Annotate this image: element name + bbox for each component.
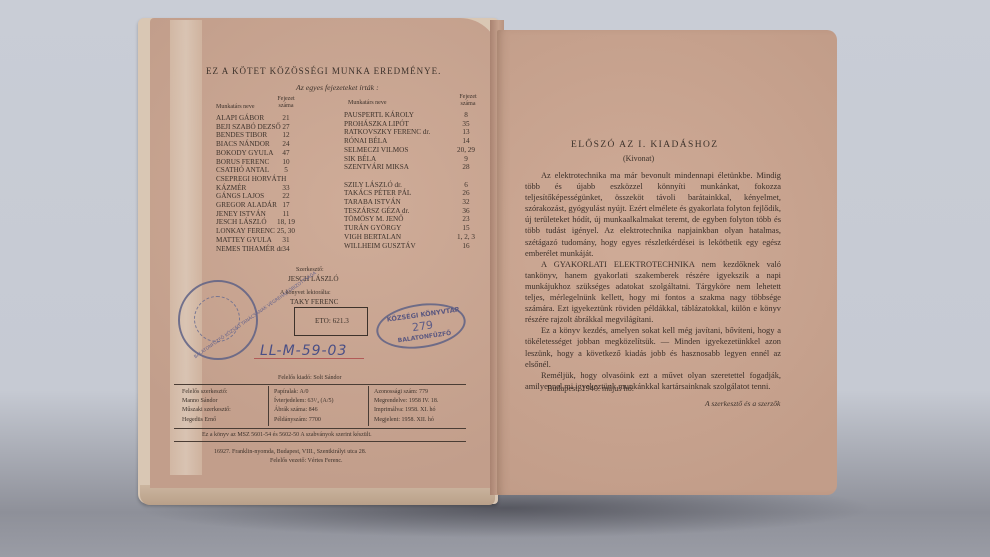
contributor-chapter: 36: [446, 208, 486, 215]
contributor-chapter: 11: [266, 211, 306, 218]
contributor-chapter: 17: [266, 202, 306, 209]
imprint-divider-2: [368, 386, 369, 426]
imprint-cell: Azonossági szám: 779: [374, 389, 428, 395]
eto-box: ETO: 621.3: [294, 307, 368, 336]
preface-paragraph: A GYAKORLATI ELEKTROTECHNIKA nem kezdőkn…: [525, 259, 781, 326]
contributor-chapter: 34: [266, 246, 306, 253]
contributor-chapter: 13: [446, 129, 486, 136]
contributor-name: TAKÁCS PÉTER PÁL: [344, 190, 411, 197]
contributor-name: ALAPI GÁBOR: [216, 115, 264, 122]
contributor-chapter: 21: [266, 115, 306, 122]
contributor-name: SZENTVÁRI MIKSA: [344, 164, 409, 171]
contributor-name: WILLHEIM GUSZTÁV: [344, 243, 416, 250]
contributor-name: RATKOVSZKY FERENC dr.: [344, 129, 430, 136]
imprint-cell: Felelős szerkesztő:: [182, 389, 228, 395]
contributor-chapter: 15: [446, 225, 486, 232]
contributor-chapter: 18, 19: [266, 219, 306, 226]
contributor-name: RÓNAI BÉLA: [344, 138, 387, 145]
imprint-cell: Megrendelve: 1958 IV. 18.: [374, 398, 438, 404]
imprint-cell: Hegedüs Ernő: [182, 417, 216, 423]
contributor-name: SELMECZI VILMOS: [344, 147, 408, 154]
contributor-name: BOKODY GYULA: [216, 150, 273, 157]
library-stamp-bottom: BALATONFŰZFŐ: [397, 331, 451, 344]
contributor-chapter: 22: [266, 193, 306, 200]
imprint-cell: Műszaki szerkesztő:: [182, 407, 231, 413]
eto-label: ETO: 621.3: [315, 318, 349, 325]
contributor-name: CSATHÓ ANTAL: [216, 167, 269, 174]
contributor-chapter: 1, 2, 3: [446, 234, 486, 241]
contributor-name: TARABA ISTVÁN: [344, 199, 401, 206]
contributor-chapter: 12: [266, 132, 306, 139]
contributor-name: CSEPREGI HORVÁTH: [216, 176, 286, 183]
contributor-chapter: 28: [446, 164, 486, 171]
contributor-name: VIGH BERTALAN: [344, 234, 401, 241]
contributor-chapter: 8: [446, 112, 486, 119]
contributor-chapter: 9: [446, 156, 486, 163]
contributor-name: PROHÁSZKA LIPÓT: [344, 121, 409, 128]
contributor-name: SZILY LÁSZLÓ dr.: [344, 182, 402, 189]
contributor-chapter: 47: [266, 150, 306, 157]
left-page-bottom-edge: [140, 485, 495, 505]
imprint-cell: Példányszám: 7700: [274, 417, 321, 423]
left-page-title: EZ A KÖTET KÖZÖSSÉGI MUNKA EREDMÉNYE.: [206, 67, 441, 76]
editor-label: Szerkesztő:: [296, 267, 324, 273]
standards-line: Ez a könyv az MSZ 5601-54 és 5602-50 A s…: [202, 432, 372, 438]
contributor-chapter: 31: [266, 237, 306, 244]
left-page: EZ A KÖTET KÖZÖSSÉGI MUNKA EREDMÉNYE. Az…: [150, 18, 500, 488]
imprint-top-rule: [174, 384, 466, 385]
publisher-line: Felelős kiadó: Solt Sándor: [278, 375, 342, 381]
contributor-name: BIACS NÁNDOR: [216, 141, 270, 148]
contributor-name: PAUSPERTL KÁROLY: [344, 112, 414, 119]
contributor-chapter: 27: [266, 124, 306, 131]
contributor-name: BORUS FERENC: [216, 159, 269, 166]
contributor-name: MATTEY GYULA: [216, 237, 272, 244]
standards-rule: [174, 441, 466, 442]
contributor-chapter: 25, 30: [266, 228, 306, 235]
contributor-name: SIK BÉLA: [344, 156, 376, 163]
preface-paragraph: Az elektrotechnika ma már bevonult minde…: [525, 170, 781, 259]
imprint-bottom-rule: [174, 428, 466, 429]
contributor-chapter: 26: [446, 190, 486, 197]
reviewer-name: TAKY FERENC: [290, 299, 338, 306]
imprint-cell: Papíralak: A/0: [274, 389, 309, 395]
col-header-name-right: Munkatárs neve: [348, 100, 387, 106]
col-header-name-left: Munkatárs neve: [216, 104, 255, 110]
contributor-name: JESCH LÁSZLÓ: [216, 219, 267, 226]
preface-paragraph: Ez a könyv kezdés, amelyen sokat kell mé…: [525, 325, 781, 369]
imprint-cell: Manno Sándor: [182, 398, 218, 404]
preface-title: ELŐSZÓ AZ I. KIADÁSHOZ: [571, 141, 718, 151]
printer-line: 16927. Franklin-nyomda, Budapest, VIII.,…: [214, 449, 366, 455]
contributor-chapter: 24: [266, 141, 306, 148]
contributor-name: KÁZMÉR: [216, 185, 246, 192]
right-page: ELŐSZÓ AZ I. KIADÁSHOZ (Kivonat) Az elek…: [497, 30, 837, 495]
printer-manager: Felelős vezető: Vértes Ferenc.: [270, 458, 343, 464]
col-header-chapter-right: Fejezet száma: [453, 94, 483, 107]
contributor-chapter: 32: [446, 199, 486, 206]
contributor-name: GÁNGS LAJOS: [216, 193, 264, 200]
contributor-chapter: 14: [446, 138, 486, 145]
handwritten-code: LL-M-59-03: [260, 343, 347, 359]
contributor-name: TESZÁRSZ GÉZA dr.: [344, 208, 409, 215]
preface-body: Az elektrotechnika ma már bevonult minde…: [525, 170, 781, 392]
imprint-divider-1: [268, 386, 269, 426]
library-stamp: KÖZSÉGI KÖNYVTÁR 279 BALATONFŰZFŐ: [373, 298, 468, 354]
round-stamp: BALATONFŰZFŐ KÖZSÉG TANÁCSÁNAK VÉGREHAJT…: [178, 280, 258, 360]
contributor-name: JENEY ISTVÁN: [216, 211, 266, 218]
contributor-chapter: 16: [446, 243, 486, 250]
col-header-chapter-left: Fejezet száma: [270, 96, 302, 109]
imprint-cell: Ívterjedelem: 63¹/₄ (A/5): [274, 398, 334, 404]
contributor-chapter: 5: [266, 167, 306, 174]
contributor-chapter: 10: [266, 159, 306, 166]
contributor-chapter: 6: [446, 182, 486, 189]
place-date: Budapest, 1940. május hó.: [547, 385, 634, 393]
red-underline: [254, 358, 364, 359]
contributor-chapter: 20, 29: [446, 147, 486, 154]
imprint-cell: Imprimálva: 1958. XI. hó: [374, 407, 436, 413]
imprint-cell: Megjelent: 1958. XII. hó: [374, 417, 434, 423]
contributor-chapter: 33: [266, 185, 306, 192]
contributor-chapter: 23: [446, 216, 486, 223]
contributor-chapter: 35: [446, 121, 486, 128]
imprint-cell: Ábrák száma: 846: [274, 407, 318, 413]
preface-subtitle: (Kivonat): [623, 155, 654, 163]
contributor-name: TURÁN GYÖRGY: [344, 225, 401, 232]
contributor-name: TÖMÖSY M. JENŐ: [344, 216, 403, 223]
signature: A szerkesztő és a szerzők: [705, 400, 780, 408]
contributor-name: BENDES TIBOR: [216, 132, 267, 139]
left-page-subtitle: Az egyes fejezeteket írták :: [296, 84, 379, 92]
